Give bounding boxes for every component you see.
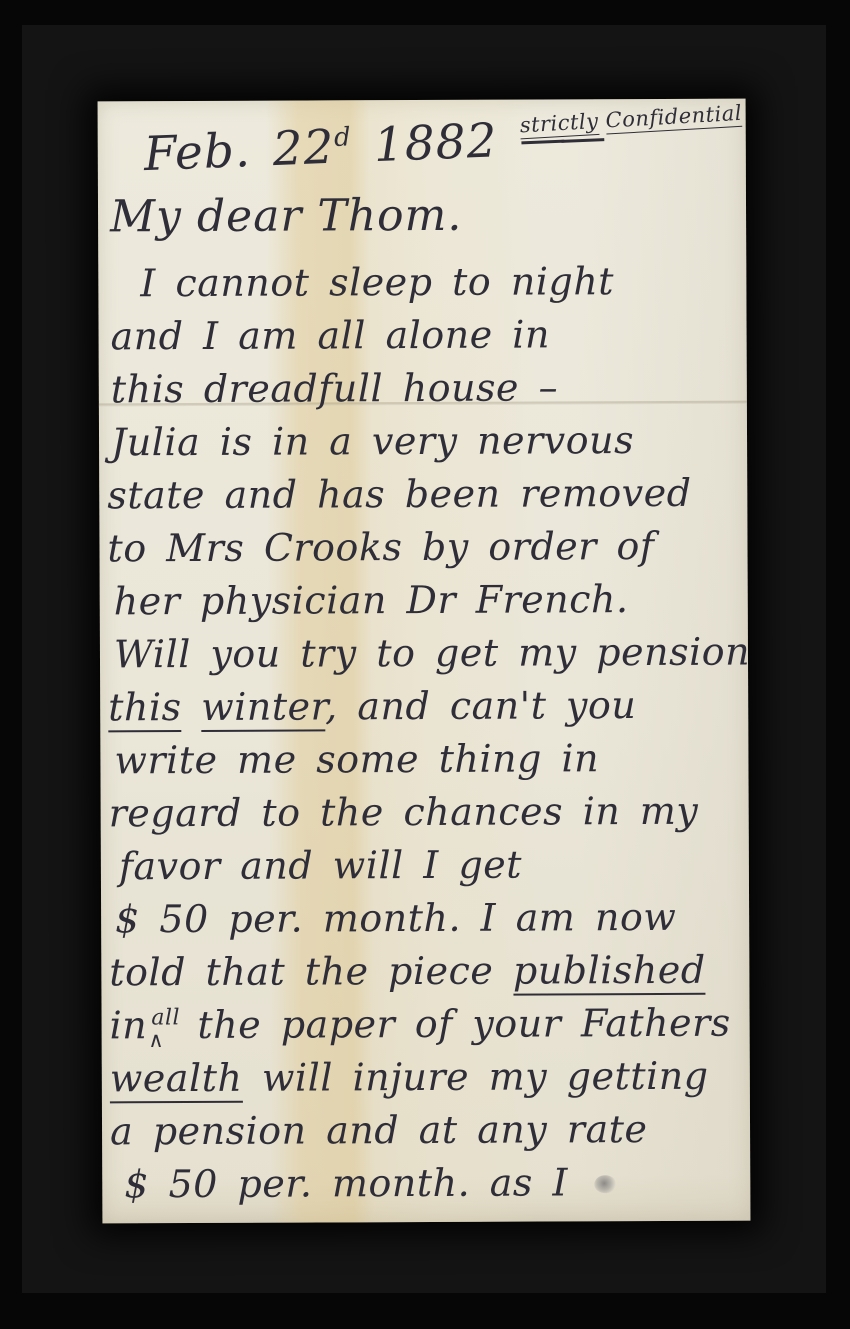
photo-backdrop: { "photo": { "backdrop_color": "#060607"… [0,0,850,1329]
letter-line: Will you try to get my pension [114,628,744,684]
text-segment: Will you try to get my pension [114,630,750,677]
text-segment: in [109,1003,147,1047]
letter-line: $ 50 per. month. as I [124,1158,746,1214]
letter-line: this dreadfull house – [111,363,743,419]
letter-date: Feb. 22d 1882 —— [143,109,600,182]
text-segment: d [333,122,352,153]
text-segment: this dreadfull house – [111,365,558,411]
letter-line: $ 50 per. month. I am now [115,893,745,949]
text-segment: a pension and at any rate [110,1107,648,1153]
text-segment: $ 50 per. month. as I [124,1160,568,1206]
text-segment: wealth [110,1056,243,1104]
text-segment: regard to the chances in my [109,789,699,836]
letter-line: write me some thing in [114,734,744,790]
letter-line: this winter, and can't you [108,681,744,737]
text-segment: I cannot sleep to night [140,259,614,305]
text-segment: state and has been removed [107,471,691,518]
text-segment: favor and will I get [119,843,522,889]
letter-line: to Mrs Crooks by order of [107,522,743,578]
text-segment: , and can't you [325,683,636,728]
text-segment: and I am all alone in [110,312,549,358]
text-segment: published [513,948,706,996]
text-segment: Feb. 22 [143,120,336,182]
text-segment: winter [201,684,325,732]
letter-line: state and has been removed [107,469,743,525]
letter-line: in∧all the paper of your Fathers [109,999,745,1055]
text-segment: the paper of your Fathers [178,1001,731,1047]
text-segment: told that the piece [109,949,513,995]
letter-line: favor and will I get [119,840,745,896]
letter-line: her physician Dr French. [114,575,744,631]
text-segment: $ 50 per. month. I am now [115,895,676,941]
letter-line: told that the piece published [109,946,745,1002]
text-segment: write me some thing in [114,736,599,782]
letter-line: a pension and at any rate [110,1105,746,1161]
letter-paper: strictly Confidential Feb. 22d 1882 —— M… [98,99,751,1224]
letter-line: regard to the chances in my [109,787,745,843]
text-segment: to Mrs Crooks by order of [107,524,654,570]
text-segment: —— [518,109,600,167]
letter-body: I cannot sleep to nightand I am all alon… [106,257,746,1214]
letter-salutation: My dear Thom. [110,190,462,243]
text-segment: this [108,685,182,732]
text-segment: Julia is in a very nervous [111,418,634,464]
text-segment: all [151,993,180,1042]
letter-line: I cannot sleep to night [140,257,742,313]
text-segment [182,685,202,729]
text-segment: Confidential [604,101,742,135]
text-segment: will injure my getting [242,1054,708,1100]
text-segment: her physician Dr French. [114,577,629,623]
letter-line: wealth will injure my getting [110,1052,746,1108]
letter-line: Julia is in a very nervous [111,416,743,472]
text-segment: 1882 [351,112,521,174]
letter-line: and I am all alone in [110,310,742,366]
